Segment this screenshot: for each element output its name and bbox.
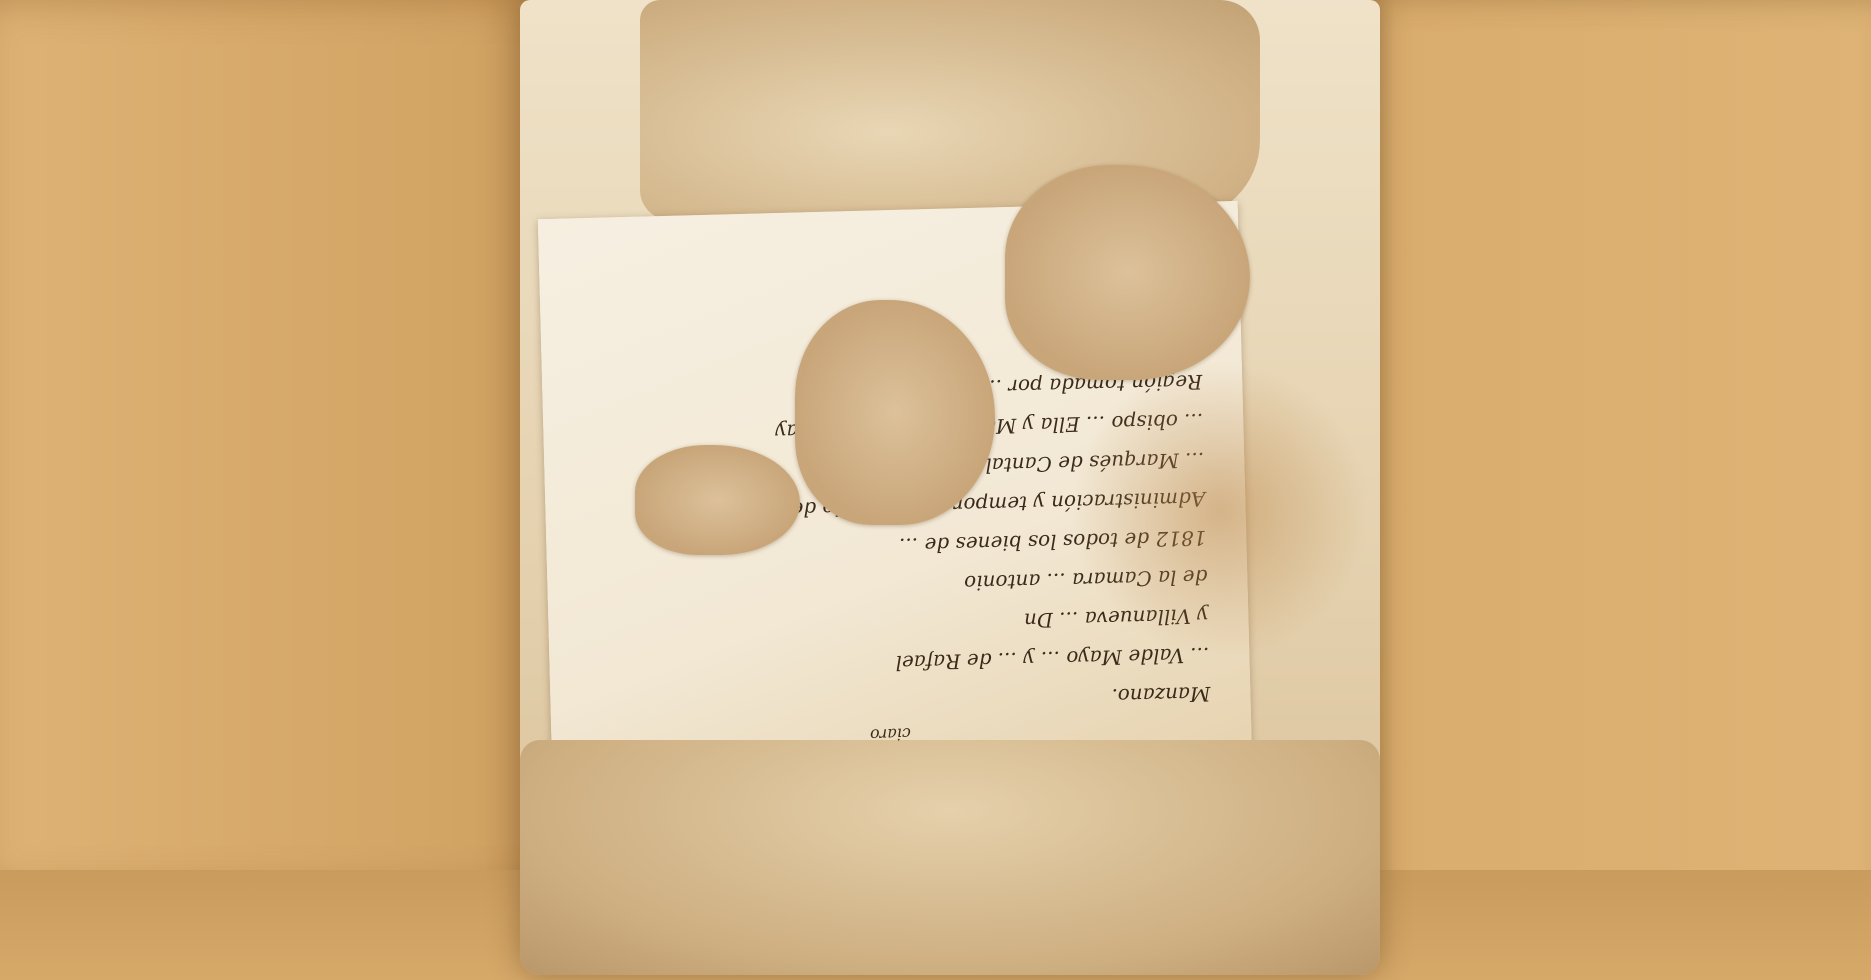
photo-background: Manzano. ... Valde Mayo ... y ... de Raf… bbox=[0, 0, 1871, 980]
water-stain bbox=[1070, 360, 1370, 660]
paper-fragment bbox=[635, 445, 800, 555]
kraft-folder-right-flap bbox=[1311, 0, 1871, 980]
damaged-bottom-pages bbox=[520, 740, 1380, 975]
signature-mark: ciaro bbox=[870, 724, 912, 744]
kraft-folder-left-flap bbox=[0, 0, 590, 890]
